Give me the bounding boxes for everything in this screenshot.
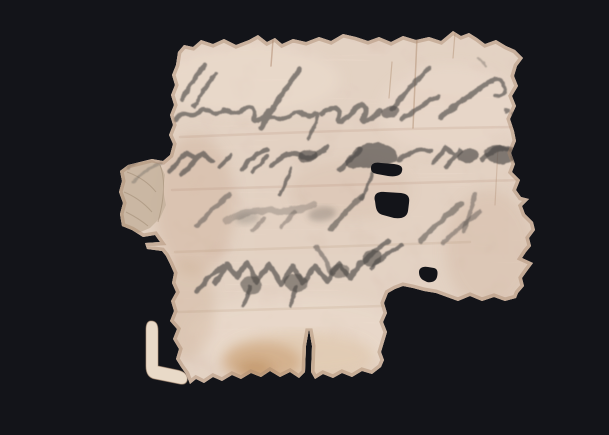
- papyrus-photograph: [0, 0, 609, 435]
- papyrus-photo-canvas: [0, 0, 609, 435]
